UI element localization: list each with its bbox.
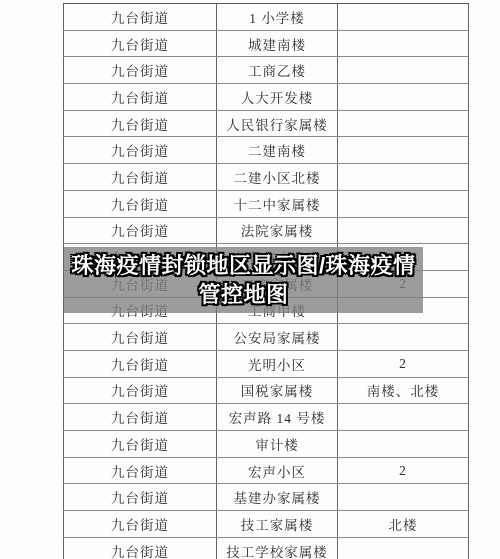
building-cell: 工商甲楼 [217,298,338,324]
table-row: 九台街道 二建南楼 [63,137,469,164]
table-row: 九台街道 基建办家属楼 [63,484,469,511]
building-cell: 审计楼 [217,431,338,457]
street-cell: 九台街道 [63,511,217,537]
table-row: 九台街道 芙蓉东方小区 1、3 [63,244,469,271]
table-row: 九台街道 法院家属楼 [63,218,469,245]
note-cell [338,218,469,244]
table-row: 九台街道 公安局家属楼 [63,324,469,351]
table-row: 九台街道 技工家属楼 北楼 [63,511,469,538]
building-cell: 二建南楼 [217,137,338,163]
building-cell: 城建南楼 [217,31,338,57]
table-row: 九台街道 技工学校家属楼 [63,538,469,559]
note-cell: 南楼、北楼 [338,378,469,404]
note-cell [338,404,469,430]
table-row: 九台街道 宏声小区 2 [63,458,469,485]
street-cell: 九台街道 [63,57,217,83]
street-cell: 九台街道 [63,458,217,484]
note-cell [338,538,469,559]
street-cell: 九台街道 [63,431,217,457]
building-cell: 1 小学楼 [217,4,338,30]
note-cell [338,484,469,510]
note-cell [338,57,469,83]
note-cell: 1、3 [338,244,469,270]
note-cell [338,31,469,57]
table-row: 九台街道 工商乙楼 [63,57,469,84]
note-cell [338,164,469,190]
building-cell: 公安局家属楼 [217,324,338,350]
street-cell: 九台街道 [63,484,217,510]
building-cell: 法院家属楼 [217,218,338,244]
note-cell: 2 [338,458,469,484]
table-row: 九台街道 十二中家属楼 [63,191,469,218]
street-cell: 九台街道 [63,244,217,270]
note-cell: 北楼 [338,511,469,537]
table-row: 九台街道 1 小学楼 [63,4,469,31]
building-cell: 工商乙楼 [217,57,338,83]
table-row: 九台街道 审计楼 [63,431,469,458]
building-cell: 光明小区 [217,351,338,377]
note-cell: 2 [338,351,469,377]
building-cell: 基建办家属楼 [217,484,338,510]
note-cell [338,324,469,350]
building-cell: 技工学校家属楼 [217,538,338,559]
page: 九台街道 1 小学楼 九台街道 城建南楼 九台街道 工商乙楼 九台街道 人大开发… [0,0,500,559]
building-cell: 宏声小区 [217,458,338,484]
building-cell: 芙蓉东方小区 [217,244,338,270]
table-row: 九台街道 光明小区 2 [63,351,469,378]
street-cell: 九台街道 [63,164,217,190]
note-cell [338,84,469,110]
building-cell: 技工家属楼 [217,511,338,537]
table-row: 九台街道 宏声路 14 号楼 [63,404,469,431]
note-cell [338,298,469,324]
street-cell: 九台街道 [63,218,217,244]
note-cell [338,4,469,30]
street-cell: 九台街道 [63,31,217,57]
table-row: 九台街道 二建小区北楼 [63,164,469,191]
lockdown-table: 九台街道 1 小学楼 九台街道 城建南楼 九台街道 工商乙楼 九台街道 人大开发… [63,3,469,559]
street-cell: 九台街道 [63,298,217,324]
building-cell: 宏声路 14 号楼 [217,404,338,430]
building-cell: 人民银行家属楼 [217,111,338,137]
street-cell: 九台街道 [63,378,217,404]
table-rows: 九台街道 1 小学楼 九台街道 城建南楼 九台街道 工商乙楼 九台街道 人大开发… [63,4,469,559]
building-cell: 国税家属楼 [217,378,338,404]
building-cell: 十二中家属楼 [217,191,338,217]
building-cell: 工商家属楼 [217,271,338,297]
table-row: 九台街道 城建南楼 [63,31,469,58]
building-cell: 人大开发楼 [217,84,338,110]
street-cell: 九台街道 [63,111,217,137]
street-cell: 九台街道 [63,404,217,430]
street-cell: 九台街道 [63,271,217,297]
table-row: 九台街道 工商家属楼 2 [63,271,469,298]
table-row: 九台街道 人民银行家属楼 [63,111,469,138]
street-cell: 九台街道 [63,137,217,163]
note-cell: 2 [338,271,469,297]
street-cell: 九台街道 [63,4,217,30]
building-cell: 二建小区北楼 [217,164,338,190]
note-cell [338,111,469,137]
table-row: 九台街道 国税家属楼 南楼、北楼 [63,378,469,405]
table-row: 九台街道 人大开发楼 [63,84,469,111]
note-cell [338,137,469,163]
street-cell: 九台街道 [63,351,217,377]
street-cell: 九台街道 [63,84,217,110]
note-cell [338,191,469,217]
street-cell: 九台街道 [63,191,217,217]
note-cell [338,431,469,457]
street-cell: 九台街道 [63,324,217,350]
street-cell: 九台街道 [63,538,217,559]
table-row: 九台街道 工商甲楼 [63,298,469,325]
